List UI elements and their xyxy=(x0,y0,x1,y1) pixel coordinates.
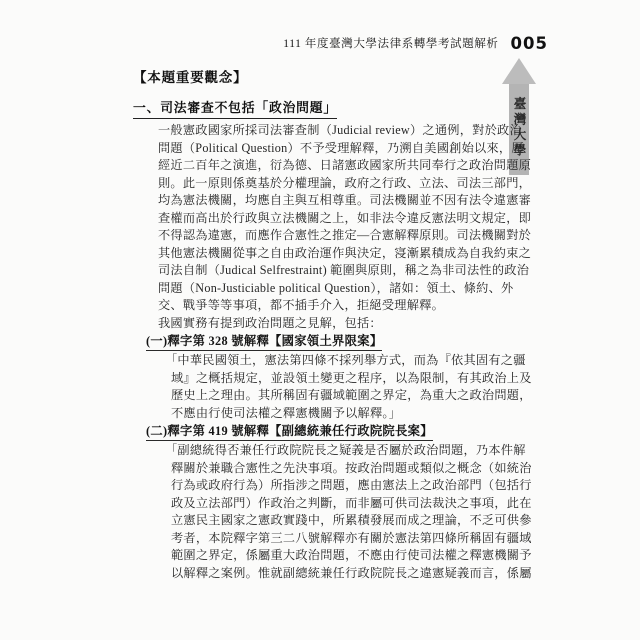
main-content: 【本題重要觀念】 一、司法審查不包括「政治問題」 一般憲政國家所採司法審查制（J… xyxy=(133,66,515,582)
text-line: 查權而高出於行政與立法機關之上，如非法令違反憲法明文規定，即 xyxy=(158,210,515,228)
header-title: 111 年度臺灣大學法律系轉學考試題解析 xyxy=(283,38,498,50)
text-line: 歷史上之理由。其所稱固有疆域範圍之界定，為重大之政治問題， xyxy=(171,387,515,405)
text-line: 司法自制（Judical Selfrestraint) 範圍與原則，稱之為非司法… xyxy=(158,262,515,280)
text-line: 「副總統得否兼任行政院院長之疑義是否屬於政治問題，乃本件解 xyxy=(171,442,515,460)
text-line: 均為憲法機關，均應自主與互相尊重。司法機關並不因有法令違憲審 xyxy=(158,192,515,210)
text-line: 考者，本院釋字第三二八號解釋亦有關於憲法第四條所稱固有疆域 xyxy=(171,530,515,548)
text-line: 交、戰爭等等事項，都不插手介入，拒絕受理解釋。 xyxy=(158,297,515,315)
text-line: 以解釋之案例。惟就副總統兼任行政院院長之違憲疑義而言，係屬 xyxy=(171,565,515,583)
book-page: 111 年度臺灣大學法律系轉學考試題解析005 臺灣大學 【本題重要觀念】 一、… xyxy=(0,0,640,640)
text-line: 其他憲法機關從事之自由政治運作與決定，寖漸累積成為自我約束之 xyxy=(158,245,515,263)
text-line: 我國實務有提到政治問題之見解，包括： xyxy=(158,315,515,333)
list-item-2-heading: (二)釋字第 419 號解釋【副總統兼任行政院院長案】 xyxy=(146,424,433,441)
text-line: 一般憲政國家所採司法審查制（Judicial review）之通例，對於政治 xyxy=(158,122,515,140)
page-number: 005 xyxy=(511,34,548,53)
text-line: 則。此一原則係奠基於分權理論，政府之行政、立法、司法三部門， xyxy=(158,175,515,193)
text-line: 範圍之界定，係屬重大政治問題，不應由行使司法權之釋憲機關予 xyxy=(171,547,515,565)
text-line: 問題（Non-Justiciable political Question），諸… xyxy=(158,280,515,298)
running-header: 111 年度臺灣大學法律系轉學考試題解析005 xyxy=(0,34,548,53)
text-line: 不得認為違憲，而應作合憲性之推定—合憲解釋原則。司法機關對於 xyxy=(158,227,515,245)
interpretation-328-quote: 「中華民國領土，憲法第四條不採列舉方式，而為『依其固有之疆域』之概括規定，並設領… xyxy=(171,352,515,422)
list-item-2: (二)釋字第 419 號解釋【副總統兼任行政院院長案】 「副總統得否兼任行政院院… xyxy=(133,422,515,582)
text-line: 行為或政府行為）所指涉之問題，應由憲法上之政治部門（包括行 xyxy=(171,477,515,495)
list-item-1-heading: (一)釋字第 328 號解釋【國家領土界限案】 xyxy=(146,334,382,351)
text-line: 「中華民國領土，憲法第四條不採列舉方式，而為『依其固有之疆 xyxy=(171,352,515,370)
list-item-1: (一)釋字第 328 號解釋【國家領土界限案】 「中華民國領土，憲法第四條不採列… xyxy=(133,332,515,422)
text-line: 問題（Political Question）不予受理解釋，乃溯自美國創始以來，歷 xyxy=(158,140,515,158)
text-line: 釋關於兼職合憲性之先決事項。按政治問題或類似之概念（如統治 xyxy=(171,460,515,478)
text-line: 立憲民主國家之憲政實踐中，所累積發展而成之理論，不乏可供參 xyxy=(171,512,515,530)
body-paragraph: 一般憲政國家所採司法審查制（Judicial review）之通例，對於政治問題… xyxy=(158,122,515,332)
section-heading: 一、司法審查不包括「政治問題」 xyxy=(133,97,337,119)
section-heading-row: 一、司法審查不包括「政治問題」 xyxy=(133,97,515,121)
concept-heading: 【本題重要觀念】 xyxy=(133,66,515,86)
interpretation-419-quote: 「副總統得否兼任行政院院長之疑義是否屬於政治問題，乃本件解釋關於兼職合憲性之先決… xyxy=(171,442,515,582)
text-line: 政及立法部門）作政治之判斷，而非屬可供司法裁決之事項，此在 xyxy=(171,495,515,513)
text-line: 經近二百年之演進，衍為德、日諸憲政國家所共同奉行之政治問題原 xyxy=(158,157,515,175)
text-line: 不應由行使司法權之釋憲機關予以解釋。」 xyxy=(171,405,515,423)
text-line: 域』之概括規定，並設領土變更之程序，以為限制，有其政治上及 xyxy=(171,370,515,388)
